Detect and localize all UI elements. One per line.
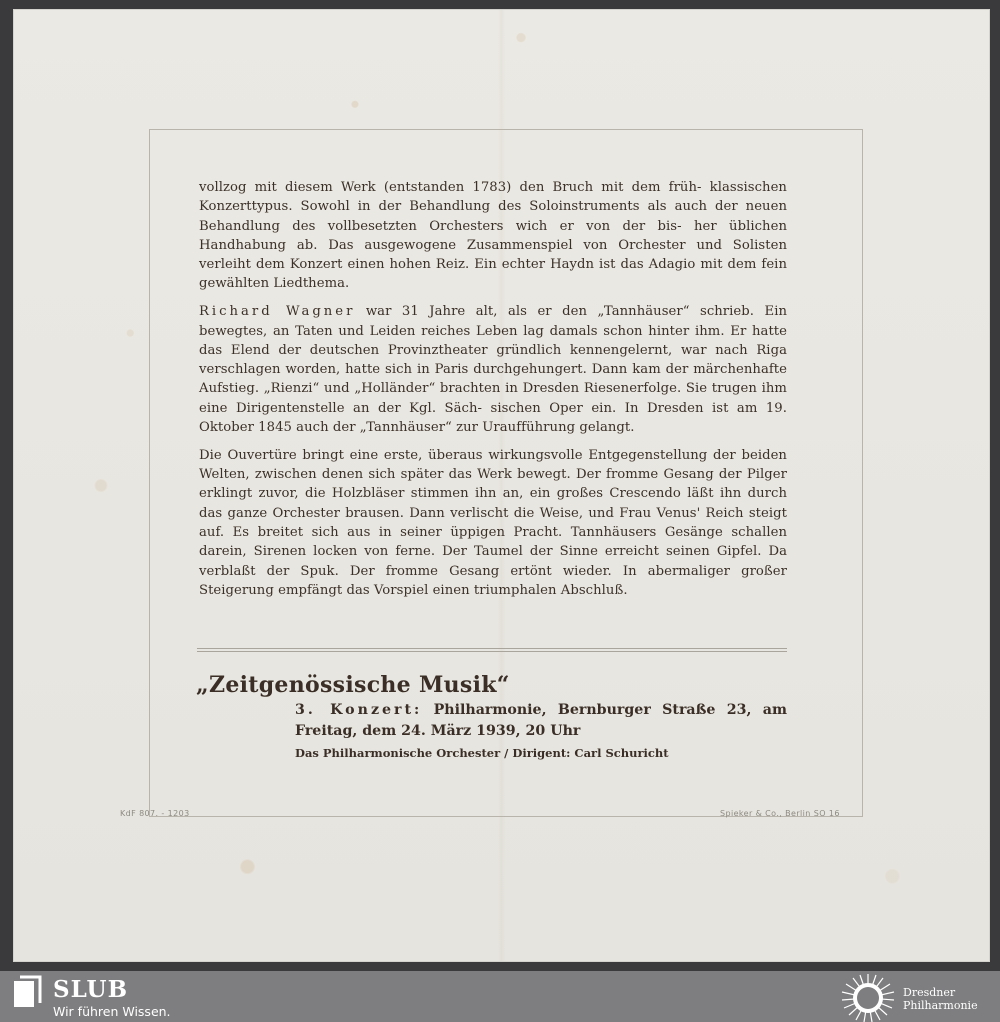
paragraph-wagner: Richard Wagner war 31 Jahre alt, als er … — [199, 302, 787, 437]
dresdner-philharmonie-brand[interactable]: Dresdner Philharmonie — [903, 986, 978, 1012]
text-line: Die Ouvertüre bringt eine erste, überaus… — [199, 448, 736, 463]
text-line: empfängt das Vorspiel einen triumphalen … — [278, 583, 627, 598]
text-line: vollzog mit diesem Werk (entstanden 1783… — [199, 180, 702, 195]
printer-imprint: Spieker & Co., Berlin SO 16 — [720, 809, 840, 818]
body-text: vollzog mit diesem Werk (entstanden 1783… — [199, 178, 787, 609]
composer-name: Richard Wagner — [199, 304, 355, 319]
concert-venue-line: 3. Konzert: Philharmonie, Bernburger Str… — [295, 702, 787, 718]
dresdner-philharmonie-sunburst-icon — [840, 973, 896, 1022]
brand-line-2: Philharmonie — [903, 999, 978, 1012]
document-viewer: vollzog mit diesem Werk (entstanden 1783… — [0, 0, 1000, 971]
concert-venue: Philharmonie, Bernburger Straße 23, am — [422, 702, 787, 718]
slub-brand[interactable]: SLUB — [53, 976, 128, 1003]
text-line: war 31 Jahre alt, als er den „Tannhäuser… — [355, 304, 754, 319]
orchestra-conductor-line: Das Philharmonische Orchester / Dirigent… — [295, 746, 669, 760]
slub-book-icon — [12, 975, 42, 1009]
concert-date-line: Freitag, dem 24. März 1939, 20 Uhr — [295, 723, 787, 739]
paragraph-haydn: vollzog mit diesem Werk (entstanden 1783… — [199, 178, 787, 294]
double-rule-divider — [197, 648, 787, 652]
slub-tagline: Wir führen Wissen. — [53, 1004, 171, 1019]
footer-bar: SLUB Wir führen Wissen. Dresdne — [0, 971, 1000, 1022]
concert-label: 3. Konzert: — [295, 702, 422, 718]
paragraph-overture: Die Ouvertüre bringt eine erste, überaus… — [199, 446, 787, 600]
text-line: zur Uraufführung gelangt. — [456, 420, 634, 435]
print-code: KdF 807. - 1203 — [120, 809, 190, 818]
series-title: „Zeitgenössische Musik“ — [196, 672, 510, 698]
brand-line-1: Dresdner — [903, 986, 955, 999]
